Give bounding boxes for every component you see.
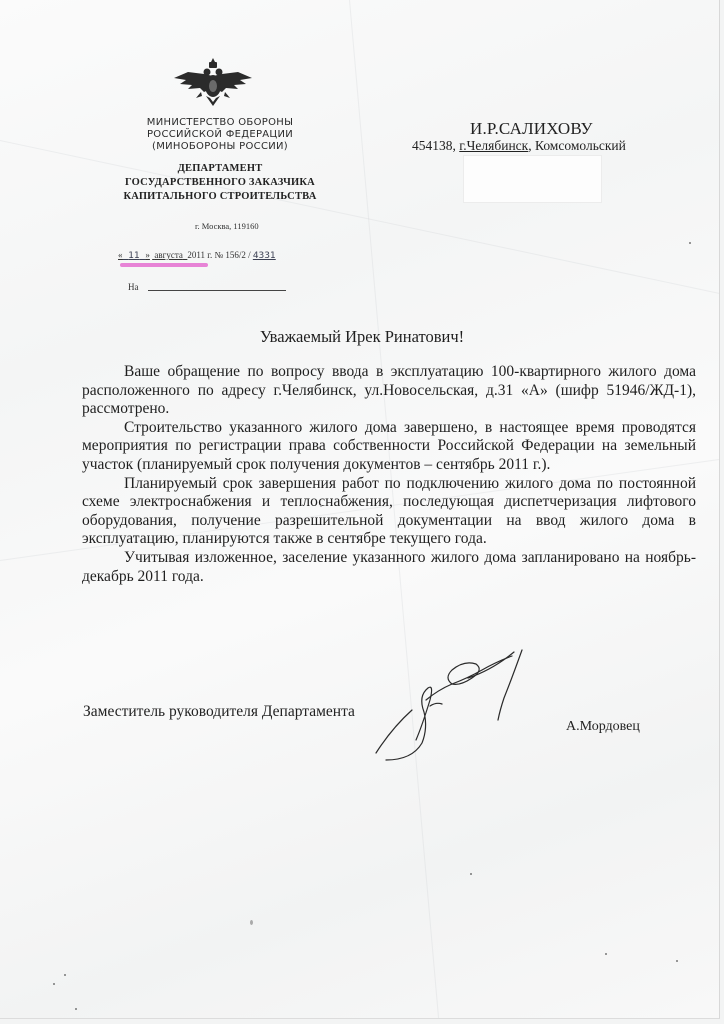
body-paragraph: Ваше обращение по вопросу ввода в эксплу… [82, 363, 696, 419]
date-close-quote: » [145, 250, 150, 260]
address-postcode: 454138, [412, 138, 459, 153]
ministry-name: МИНИСТЕРСТВО ОБОРОНЫ РОССИЙСКОЙ ФЕДЕРАЦИ… [100, 117, 340, 153]
highlighter-mark [120, 263, 208, 267]
document-number-label: № 156/2 / [214, 250, 250, 260]
department-line: КАПИТАЛЬНОГО СТРОИТЕЛЬСТВА [100, 190, 340, 204]
double-headed-eagle-emblem-icon [168, 58, 258, 114]
scan-speck [320, 505, 322, 507]
body-paragraph: Строительство указанного жилого дома зав… [82, 419, 696, 475]
department-line: ДЕПАРТАМЕНТ [100, 162, 340, 176]
scan-speck [250, 920, 253, 925]
recipient-address: 454138, г.Челябинск, Комсомольский [412, 138, 626, 154]
ministry-line: РОССИЙСКОЙ ФЕДЕРАЦИИ [100, 129, 340, 141]
ministry-line: МИНИСТЕРСТВО ОБОРОНЫ [100, 117, 340, 129]
signatory-title: Заместитель руководителя Департамента [83, 703, 355, 721]
date-day: 11 [123, 251, 146, 261]
salutation: Уважаемый Ирек Ринатович! [0, 327, 720, 347]
address-street: , Комсомольский [528, 138, 626, 153]
scan-speck [75, 1008, 77, 1010]
date-number-line: « 11 » августа 2011 г. № 156/2 / 4331 [118, 250, 276, 261]
signatory-name: А.Мордовец [566, 719, 640, 735]
scan-speck [605, 953, 607, 955]
address-city: г.Челябинск [459, 138, 528, 153]
department-line: ГОСУДАРСТВЕННОГО ЗАКАЗЧИКА [100, 176, 340, 190]
reference-label: На [128, 282, 139, 292]
scan-speck [470, 873, 472, 875]
letter-page: МИНИСТЕРСТВО ОБОРОНЫ РОССИЙСКОЙ ФЕДЕРАЦИ… [0, 0, 720, 1019]
handwritten-signature-icon [372, 648, 572, 763]
redacted-address-area [463, 155, 602, 203]
body-paragraph: Учитывая изложенное, заселение указанног… [82, 549, 696, 586]
letter-body: Ваше обращение по вопросу ввода в эксплу… [82, 363, 696, 586]
recipient-name: И.Р.САЛИХОВУ [470, 119, 593, 139]
reference-blank-line [148, 290, 286, 291]
ministry-line: (МИНОБОРОНЫ РОССИИ) [100, 141, 340, 153]
body-paragraph: Планируемый срок завершения работ по под… [82, 475, 696, 549]
document-number-handwritten: 4331 [253, 251, 276, 261]
scan-speck [689, 242, 691, 244]
scan-speck [64, 974, 66, 976]
scan-speck [676, 960, 678, 962]
date-month: августа [152, 250, 187, 260]
date-year: 2011 г. [187, 250, 212, 260]
letterhead-city: г. Москва, 119160 [195, 221, 259, 231]
scan-speck [53, 983, 55, 985]
department-name: ДЕПАРТАМЕНТ ГОСУДАРСТВЕННОГО ЗАКАЗЧИКА К… [100, 162, 340, 204]
